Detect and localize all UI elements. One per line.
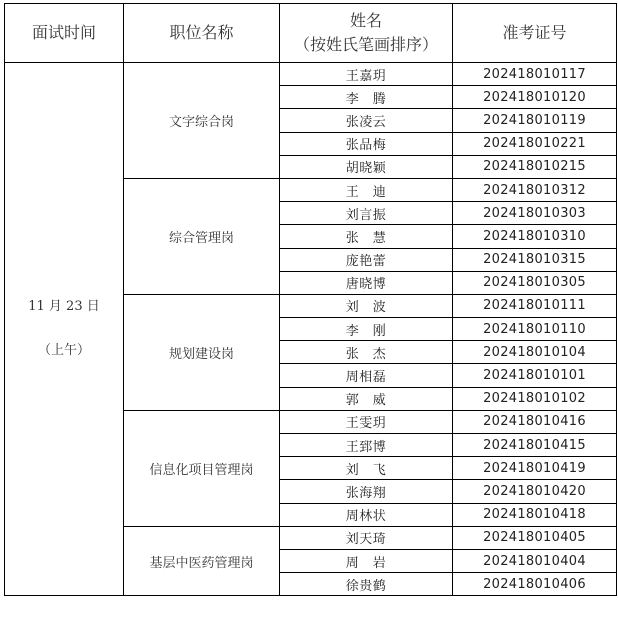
candidate-name: 唐晓博 (280, 271, 453, 294)
candidate-name: 李 刚 (280, 318, 453, 341)
interview-period: （上午） (5, 329, 123, 373)
candidate-name: 李 腾 (280, 86, 453, 109)
ticket-number: 202418010120 (453, 86, 617, 109)
candidate-name: 王郅博 (280, 434, 453, 457)
candidate-name: 刘 飞 (280, 457, 453, 480)
ticket-number: 202418010312 (453, 178, 617, 201)
ticket-number: 202418010102 (453, 387, 617, 410)
candidate-name: 王 迪 (280, 178, 453, 201)
ticket-number: 202418010215 (453, 155, 617, 178)
position-cell: 基层中医药管理岗 (124, 526, 280, 596)
header-position-name: 职位名称 (124, 4, 280, 63)
candidate-name: 王嘉玥 (280, 63, 453, 86)
header-name-title: 姓名 (280, 9, 452, 33)
ticket-number: 202418010418 (453, 503, 617, 526)
candidate-name: 刘 波 (280, 294, 453, 317)
header-ticket-number: 准考证号 (453, 4, 617, 63)
header-name: 姓名 （按姓氏笔画排序） (280, 4, 453, 63)
interview-session-cell: 11 月 23 日 （上午） (5, 63, 124, 596)
ticket-number: 202418010221 (453, 132, 617, 155)
ticket-number: 202418010110 (453, 318, 617, 341)
ticket-number: 202418010104 (453, 341, 617, 364)
candidate-name: 张凌云 (280, 109, 453, 132)
candidate-name: 张海翔 (280, 480, 453, 503)
candidate-name: 张 慧 (280, 225, 453, 248)
interview-roster-table: 面试时间 职位名称 姓名 （按姓氏笔画排序） 准考证号 11 月 23 日 （上… (4, 3, 617, 596)
candidate-name: 郭 威 (280, 387, 453, 410)
ticket-number: 202418010405 (453, 526, 617, 549)
candidate-name: 徐贵鹤 (280, 573, 453, 596)
candidate-name: 周林状 (280, 503, 453, 526)
header-interview-time: 面试时间 (5, 4, 124, 63)
position-cell: 规划建设岗 (124, 294, 280, 410)
candidate-name: 张品梅 (280, 132, 453, 155)
candidate-name: 刘天琦 (280, 526, 453, 549)
ticket-number: 202418010101 (453, 364, 617, 387)
interview-date: 11 月 23 日 (5, 285, 123, 329)
ticket-number: 202418010415 (453, 434, 617, 457)
header-name-sort-note: （按姓氏笔画排序） (280, 33, 452, 57)
ticket-number: 202418010305 (453, 271, 617, 294)
candidate-name: 张 杰 (280, 341, 453, 364)
ticket-number: 202418010111 (453, 294, 617, 317)
header-row: 面试时间 职位名称 姓名 （按姓氏笔画排序） 准考证号 (5, 4, 617, 63)
ticket-number: 202418010315 (453, 248, 617, 271)
ticket-number: 202418010419 (453, 457, 617, 480)
ticket-number: 202418010303 (453, 202, 617, 225)
candidate-name: 胡晓颖 (280, 155, 453, 178)
ticket-number: 202418010119 (453, 109, 617, 132)
ticket-number: 202418010310 (453, 225, 617, 248)
ticket-number: 202418010404 (453, 549, 617, 572)
position-cell: 文字综合岗 (124, 63, 280, 179)
candidate-name: 刘言振 (280, 202, 453, 225)
ticket-number: 202418010117 (453, 63, 617, 86)
ticket-number: 202418010416 (453, 410, 617, 433)
ticket-number: 202418010420 (453, 480, 617, 503)
candidate-name: 周 岩 (280, 549, 453, 572)
position-cell: 综合管理岗 (124, 178, 280, 294)
ticket-number: 202418010406 (453, 573, 617, 596)
table-row: 11 月 23 日 （上午） 文字综合岗 王嘉玥 202418010117 (5, 63, 617, 86)
candidate-name: 王雯玥 (280, 410, 453, 433)
candidate-name: 庞艳蕾 (280, 248, 453, 271)
position-cell: 信息化项目管理岗 (124, 410, 280, 526)
candidate-name: 周相磊 (280, 364, 453, 387)
